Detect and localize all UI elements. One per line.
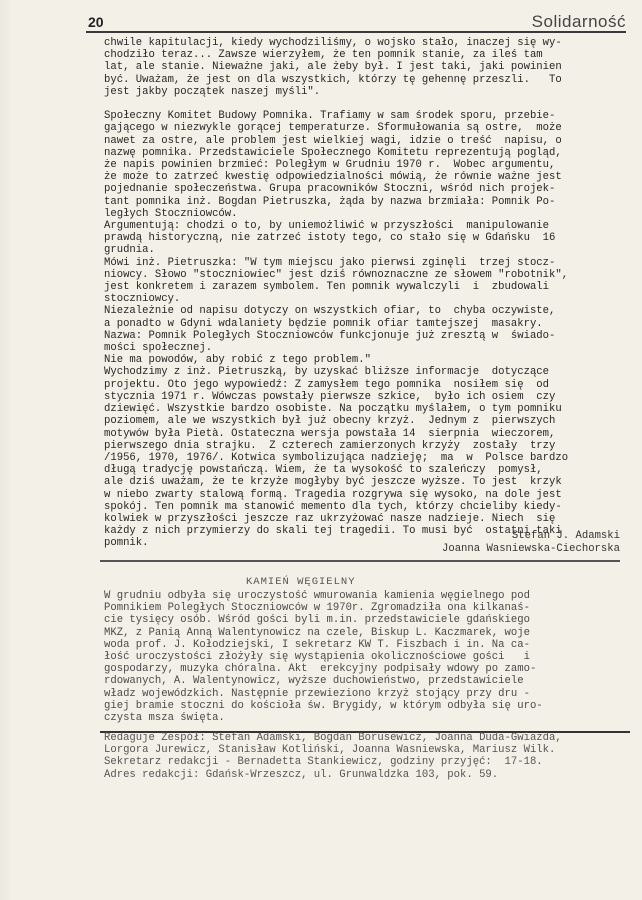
- text-line: giej bramie stoczni do kościoła św. Bryg…: [104, 700, 624, 712]
- text-line: chodziło teraz... Zawsze wierzyłem, że t…: [104, 49, 624, 61]
- text-line: Adres redakcji: Gdańsk-Wrzeszcz, ul. Gru…: [104, 769, 624, 781]
- text-line: Sekretarz redakcji - Bernadetta Stankiew…: [104, 756, 624, 768]
- text-line: Lorgora Jurewicz, Stanisław Kotliński, J…: [104, 744, 624, 756]
- text-line: być. Uważam, że jest on dla wszystkich, …: [104, 74, 624, 86]
- text-line: woda prof. J. Kołodziejski, I sekretarz …: [104, 639, 624, 651]
- text-line: grudnia.: [104, 244, 624, 256]
- text-line: mości społecznej.: [104, 342, 624, 354]
- text-line: Argumentują: chodzi o to, by uniemożliwi…: [104, 220, 624, 232]
- header-rule: [86, 31, 626, 33]
- section-title: KAMIEŃ WĘGIELNY: [246, 576, 356, 588]
- text-line: Mówi inż. Pietruszka: "W tym miejscu jak…: [104, 257, 624, 269]
- article-text: chwile kapitulacji, kiedy wychodziliśmy,…: [104, 37, 624, 550]
- text-line: że może to zatrzeć kwestię odpowiedzialn…: [104, 171, 624, 183]
- scanned-page: 20 Solidarność chwile kapitulacji, kiedy…: [0, 0, 642, 900]
- text-line: Społeczny Komitet Budowy Pomnika. Trafia…: [104, 110, 624, 122]
- text-line: dziewięć. Wszystkie bardzo osobiste. Na …: [104, 403, 624, 415]
- text-line: stycznia 1971 r. Wówczas powstały pierws…: [104, 391, 624, 403]
- article-signature: Stefan J. Adamski Joanna Wasniewska-Ciec…: [400, 530, 620, 556]
- page-number: 20: [88, 14, 104, 30]
- editorial-footer: Redaguje Zespół: Stefan Adamski, Bogdan …: [104, 732, 624, 781]
- text-line: długą tradycję powstańczą. Wiem, że ta w…: [104, 464, 624, 476]
- text-line: ale dziś uważam, że te krzyże mogłyby by…: [104, 476, 624, 488]
- text-line: poziomem, ale we wszystkich był już obec…: [104, 415, 624, 427]
- text-line: że napis powinien brzmieć: Poległym w Gr…: [104, 159, 624, 171]
- text-line: cie tysięcy osób. Wśród gości byli m.in.…: [104, 614, 624, 626]
- text-line: prawdą historyczną, nie zatrzeć istoty t…: [104, 232, 624, 244]
- text-line: lat, ale stanie. Nieważne jaki, ale żeby…: [104, 61, 624, 73]
- text-line: gającego w niezwykle gorącej temperaturz…: [104, 122, 624, 134]
- section-text: W grudniu odbyła się uroczystość wmurowa…: [104, 590, 624, 724]
- text-line: a ponadto w Gdyni wdalaniety będzie pomn…: [104, 318, 624, 330]
- masthead-title: Solidarność: [532, 12, 626, 32]
- author-name: Stefan J. Adamski: [400, 530, 620, 543]
- text-line: W grudniu odbyła się uroczystość wmurowa…: [104, 590, 624, 602]
- text-line: nawet za ostre, ale problem jest wielkie…: [104, 135, 624, 147]
- text-line: ległych Stoczniowców.: [104, 208, 624, 220]
- text-line: [104, 98, 624, 110]
- text-line: Redaguje Zespół: Stefan Adamski, Bogdan …: [104, 732, 624, 744]
- text-line: gospodarzy, muzyka chóralna. Akt erekcyj…: [104, 663, 624, 675]
- text-line: pierwszego dnia strajku. Z czterech zami…: [104, 440, 624, 452]
- text-line: kolwiek w przyszłości jeszcze raz ukrzyż…: [104, 513, 624, 525]
- text-line: czysta msza święta.: [104, 712, 624, 724]
- text-line: chwile kapitulacji, kiedy wychodziliśmy,…: [104, 37, 624, 49]
- section-divider: [100, 560, 620, 562]
- text-line: w niebo zwarty stalową formą. Tragedia r…: [104, 489, 624, 501]
- text-line: jest jakby początek naszej myśli".: [104, 86, 624, 98]
- text-line: władz wojewódzkich. Następnie przewiezio…: [104, 688, 624, 700]
- text-line: Niezależnie od napisu dotyczy on wszystk…: [104, 305, 624, 317]
- text-line: jest konkretem i zarazem symbolem. Ten p…: [104, 281, 624, 293]
- text-line: Nie ma powodów, aby robić z tego problem…: [104, 354, 624, 366]
- text-line: Pomnikiem Poległych Stoczniowców w 1970r…: [104, 602, 624, 614]
- text-line: Nazwa: Pomnik Poległych Stoczniowców fun…: [104, 330, 624, 342]
- text-line: łość uroczystości złożyły się wystąpieni…: [104, 651, 624, 663]
- text-line: /1956, 1970, 1976/. Kotwica symbolizując…: [104, 452, 624, 464]
- text-line: pojednanie społeczeństwa. Grupa pracowni…: [104, 183, 624, 195]
- text-line: MKZ, z Panią Anną Walentynowicz na czele…: [104, 627, 624, 639]
- text-line: spokój. Ten pomnik ma stanowić memento d…: [104, 501, 624, 513]
- author-name: Joanna Wasniewska-Ciechorska: [400, 543, 620, 556]
- text-line: nazwę pomnika. Przedstawiciele Społeczne…: [104, 147, 624, 159]
- text-line: niowcy. Słowo "stoczniowiec" jest dziś r…: [104, 269, 624, 281]
- text-line: Wychodzimy z inż. Pietruszką, by uzyskać…: [104, 366, 624, 378]
- text-line: stoczniowcy.: [104, 293, 624, 305]
- text-line: projektu. Oto jego wypowiedź: Z zamysłem…: [104, 379, 624, 391]
- text-line: tant pomnika inż. Bogdan Pietruszka, żąd…: [104, 196, 624, 208]
- text-line: rdowanych, A. Walentynowicz, wyższe duch…: [104, 675, 624, 687]
- text-line: motywów była Pietà. Ostateczna wersja po…: [104, 428, 624, 440]
